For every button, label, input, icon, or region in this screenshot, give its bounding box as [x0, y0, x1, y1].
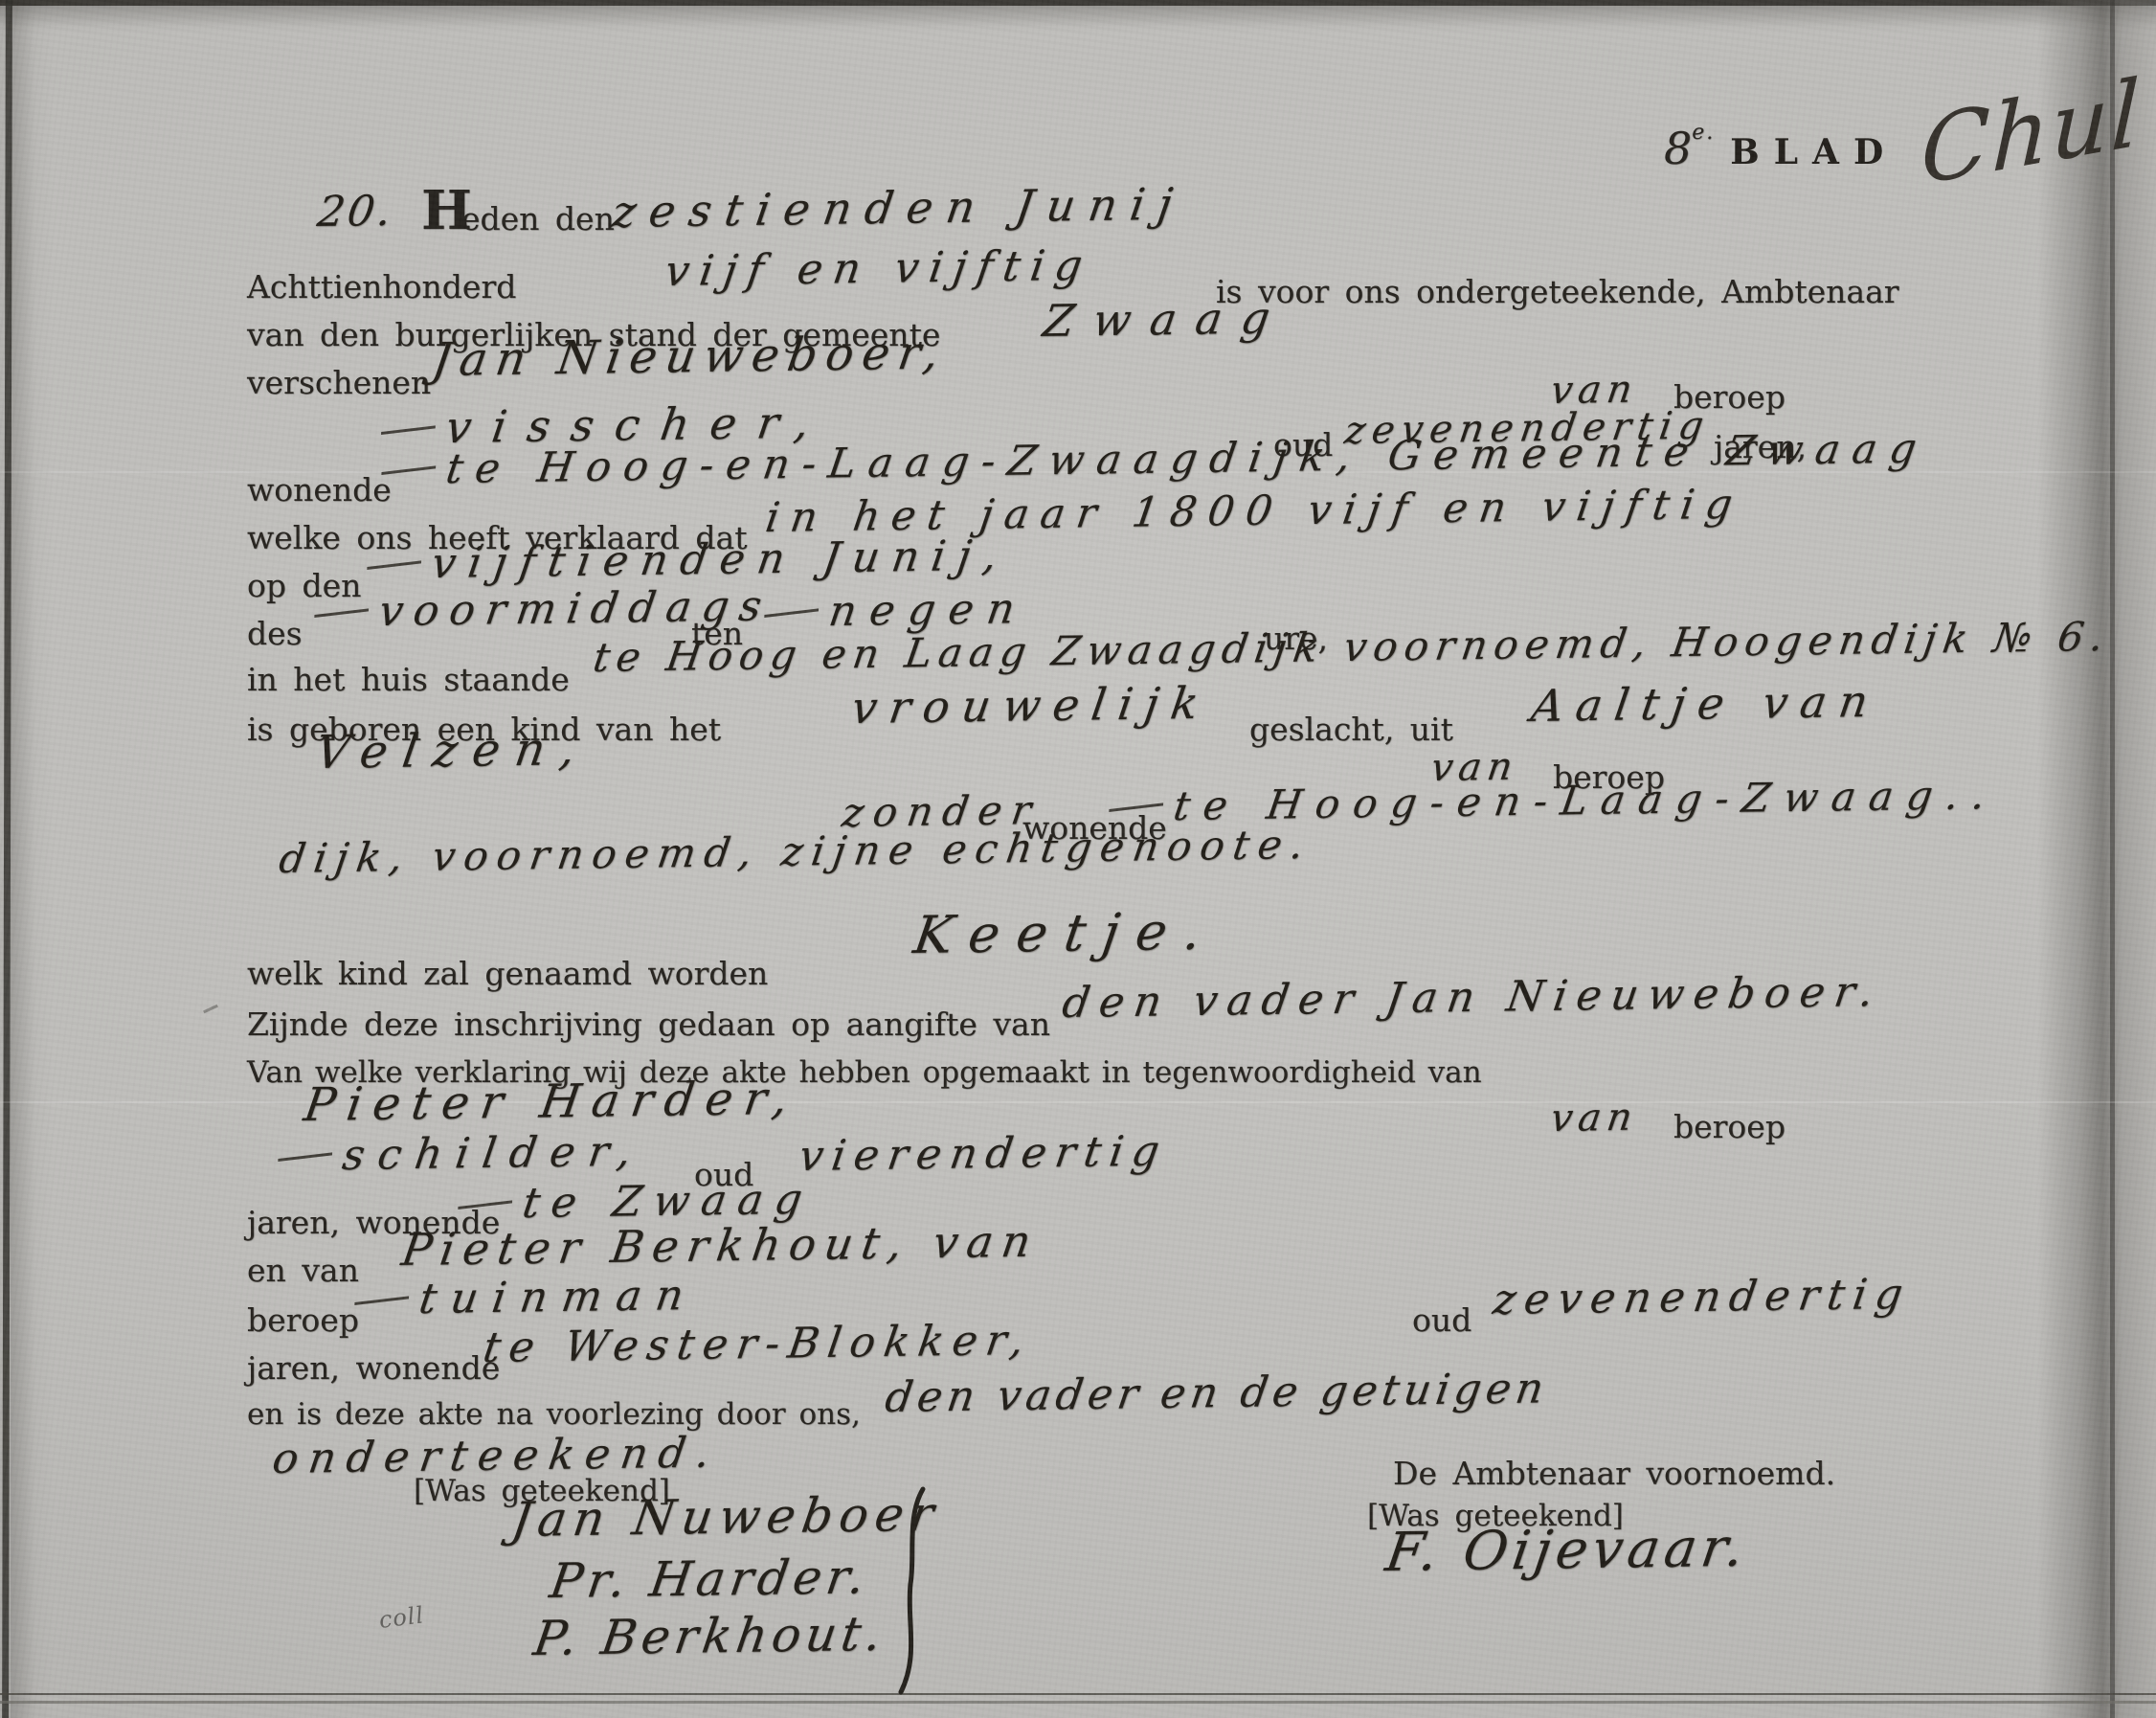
printed-jaren-wonende-2: jaren, wonende: [247, 1352, 500, 1384]
hw-witness1-age: vierendertig: [797, 1131, 1171, 1178]
printed-registration: Zijnde deze inschrijving gedaan op aangi…: [247, 1008, 1050, 1040]
hw-declarant-name: Jan Nieuweboer,: [430, 330, 951, 383]
printed-wonende-1: wonende: [247, 474, 392, 506]
printed-beroep-3: beroep: [1673, 1111, 1785, 1142]
sheet-number-suffix: e.: [1692, 121, 1715, 145]
bottom-rule-1: [0, 1693, 2156, 1695]
hw-witness1-profession: schilder,: [277, 1131, 647, 1178]
scan-edge-top-shadow: [0, 6, 2156, 27]
hw-mother-name-1: Aaltje van: [1529, 679, 1883, 728]
signature-brace-icon: [892, 1486, 934, 1695]
printed-des: des: [247, 618, 303, 649]
scan-edge-left: [2, 0, 12, 1718]
signature-official: F. Oijevaar.: [1382, 1522, 1752, 1580]
hw-municipality: Zwaag: [1041, 295, 1292, 343]
printed-beroep-4: beroep: [247, 1304, 359, 1336]
hw-van-3: van: [1548, 1098, 1640, 1138]
sheet-number-digit: 8e.: [1664, 123, 1715, 174]
printed-official-intro: is voor ons ondergeteekende, Ambtenaar: [1216, 276, 1899, 307]
hw-year: vijf en vijftig: [663, 245, 1095, 293]
hw-birth-date: vijftienden Junij,: [366, 535, 1012, 586]
bottom-rule-2: [0, 1701, 2156, 1704]
printed-geslacht-uit: geslacht, uit: [1249, 713, 1453, 745]
hw-act-date: zestienden Junij: [610, 182, 1189, 234]
scan-edge-left-shadow: [11, 0, 35, 1718]
hw-closing: den vader en de getuigen: [883, 1368, 1551, 1419]
printed-verschenen: verschenen: [247, 367, 431, 398]
printed-ambtenaar: De Ambtenaar voornoemd.: [1393, 1458, 1835, 1489]
pencil-tick: [203, 1005, 218, 1013]
hw-birth-year: in het jaar 1800 vijf en vijftig: [763, 485, 1746, 539]
signature-witness2: P. Berkhout.: [530, 1610, 888, 1662]
hw-hour: negen: [763, 588, 1031, 634]
hw-child-sex: vrouwelijk: [849, 681, 1214, 730]
act-number: 20.: [315, 191, 397, 234]
sheet-number: 8e.BLAD: [1664, 123, 1898, 170]
hw-mother-residence-1: te Hoog-en-Laag-Zwaag..: [1108, 775, 2001, 827]
hw-mother-name-2: Velzen,: [313, 726, 594, 776]
hw-child-name: Keetje.: [910, 906, 1222, 961]
hw-witness2-residence: te Wester-Blokker,: [481, 1320, 1036, 1369]
hw-witness1-name: Pieter Harder,: [302, 1075, 802, 1128]
signature-declarant: Jan Nuweboer: [508, 1490, 943, 1544]
pencil-collation-mark: coll: [378, 1603, 426, 1632]
scan-edge-top: [0, 0, 2156, 6]
official-paraph: Chul: [1920, 68, 2143, 200]
printed-closing: en is deze akte na voorlezing door ons,: [247, 1400, 861, 1430]
scan-page-edge-right-line: [2110, 0, 2115, 1718]
hw-witness2-name: Pieter Berkhout, van: [399, 1219, 1043, 1272]
sheet-label: BLAD: [1730, 132, 1898, 172]
hw-mother-residence-2: dijk, voornoemd, zijne echtgenoote.: [277, 825, 1314, 879]
hw-witness2-age: zevenendertig: [1491, 1274, 1914, 1322]
scanned-birth-certificate: 8e.BLAD Chul 20. H eden den zestienden J…: [0, 0, 2156, 1718]
printed-en-van: en van: [247, 1255, 359, 1286]
printed-oud-3: oud: [1412, 1304, 1471, 1336]
scan-page-edge-right: [2037, 0, 2156, 1718]
hw-van-1: van: [1548, 371, 1640, 410]
hw-witness2-profession: tuinman: [353, 1275, 701, 1322]
printed-child-name-label: welk kind zal genaamd worden: [247, 958, 768, 989]
printed-heden-rest: eden den: [461, 203, 615, 235]
hw-registrant: den vader Jan Nieuweboer.: [1060, 971, 1886, 1025]
printed-achttienhonderd: Achttienhonderd: [247, 271, 516, 303]
printed-house: in het huis staande: [247, 664, 570, 695]
signature-witness1: Pr. Harder.: [547, 1552, 872, 1605]
